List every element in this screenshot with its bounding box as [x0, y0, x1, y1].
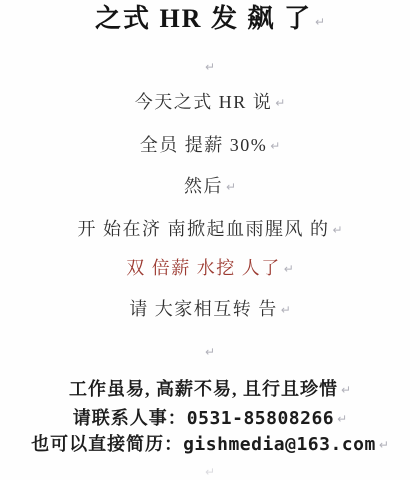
paragraph-mark-icon: ↵ — [0, 345, 420, 359]
line-text: 今天之式 HR 说 — [135, 92, 273, 112]
line-text: 双 倍薪 水挖 人了 — [126, 258, 281, 278]
paragraph-mark-icon: ↵ — [275, 96, 285, 110]
line-then: 然后↵ — [0, 175, 420, 198]
line-hr-said: 今天之式 HR 说↵ — [0, 91, 420, 114]
email-label: 也可以直接简历： — [31, 434, 183, 454]
paragraph-mark-icon: ↵ — [0, 465, 420, 479]
title-text: 之式 HR 发 飙 了 — [95, 4, 312, 33]
phone-number: 0531-85808266 — [187, 408, 334, 429]
email-address: gishmedia@163.com — [183, 434, 376, 455]
paragraph-mark-icon: ↵ — [341, 383, 351, 397]
document-page: 之式 HR 发 飙 了↵ ↵ 今天之式 HR 说↵ 全员 提薪 30%↵ 然后↵… — [0, 0, 420, 480]
page-title: 之式 HR 发 飙 了↵ — [0, 8, 420, 33]
line-text: 然后 — [184, 176, 223, 196]
line-jinan-storm: 开 始在济 南掀起血雨腥风 的↵ — [0, 218, 420, 241]
slogan-text: 工作虽易, 高薪不易, 且行且珍惜 — [69, 379, 338, 399]
paragraph-mark-icon: ↵ — [379, 438, 389, 452]
phone-label: 请联系人事： — [73, 408, 187, 428]
line-text: 全员 提薪 30% — [140, 135, 268, 155]
paragraph-mark-icon: ↵ — [315, 15, 325, 29]
line-forward: 请 大家相互转 告↵ — [0, 298, 420, 321]
paragraph-mark-icon: ↵ — [337, 412, 347, 426]
line-text: 请 大家相互转 告 — [129, 299, 278, 319]
paragraph-mark-icon: ↵ — [281, 303, 291, 317]
paragraph-mark-icon: ↵ — [0, 60, 420, 74]
line-raise: 全员 提薪 30%↵ — [0, 134, 420, 157]
paragraph-mark-icon: ↵ — [226, 180, 236, 194]
line-text: 开 始在济 南掀起血雨腥风 的 — [77, 219, 329, 239]
paragraph-mark-icon: ↵ — [332, 223, 342, 237]
paragraph-mark-icon: ↵ — [284, 262, 294, 276]
line-double-salary: 双 倍薪 水挖 人了↵ — [0, 257, 420, 280]
contact-phone-line: 请联系人事：0531-85808266↵ — [0, 407, 420, 430]
contact-email-line: 也可以直接简历：gishmedia@163.com↵ — [0, 433, 420, 456]
footer-slogan: 工作虽易, 高薪不易, 且行且珍惜↵ — [0, 378, 420, 401]
paragraph-mark-icon: ↵ — [270, 139, 280, 153]
